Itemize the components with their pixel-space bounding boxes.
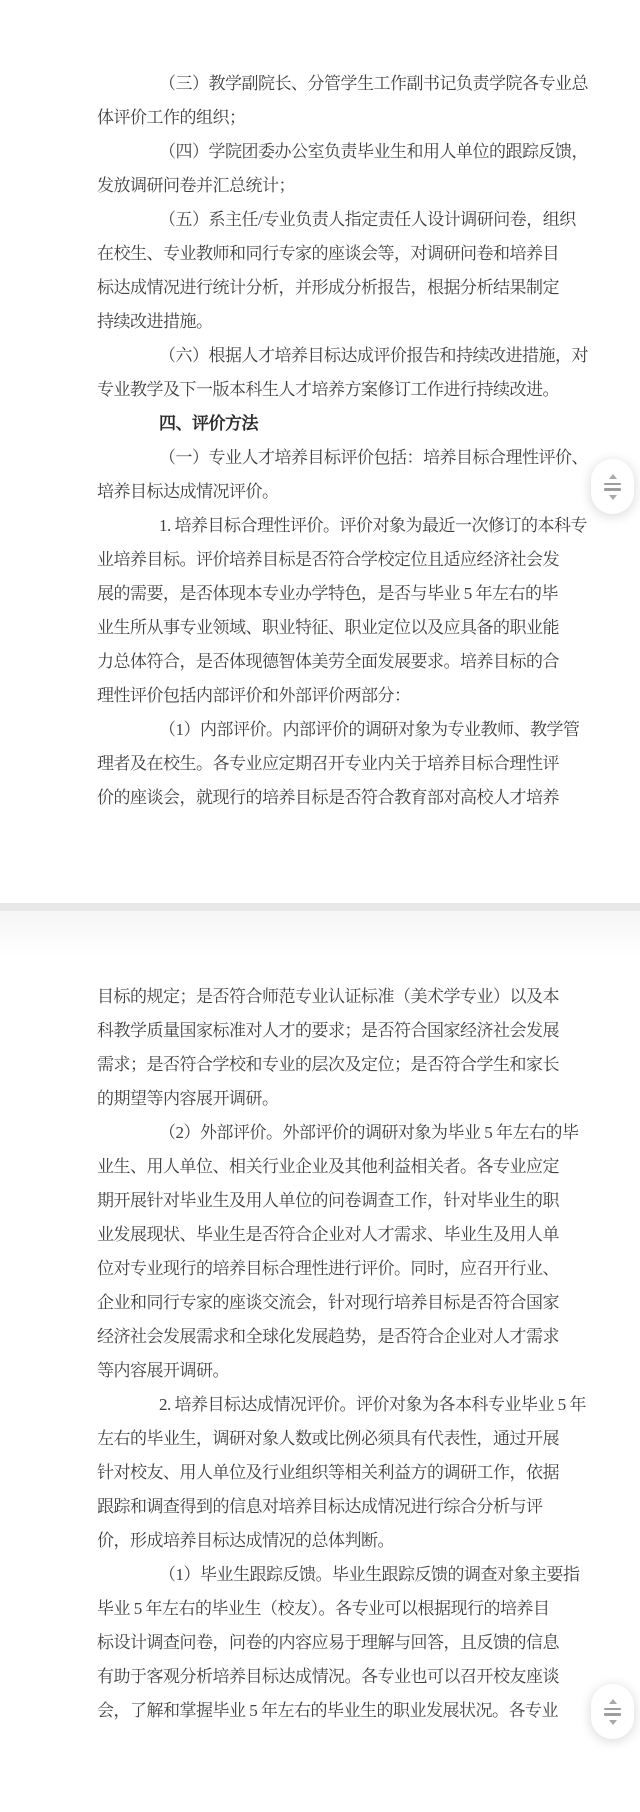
text-line: 展的需要，是否体现本专业办学特色，是否与毕业 5 年左右的毕 (97, 577, 562, 611)
text-line: 会，了解和掌握毕业 5 年左右的毕业生的职业发展状况。各专业 (97, 1694, 562, 1728)
text-line: 理性评价包括内部评价和外部评价两部分： (97, 679, 562, 713)
text-line: 1. 培养目标合理性评价。评价对象为最近一次修订的本科专 (97, 509, 562, 543)
text-line: （五）系主任/专业负责人指定责任人设计调研问卷，组织 (97, 203, 562, 237)
text-line: 经济社会发展需求和全球化发展趋势，是否符合企业对人才需求 (97, 1320, 562, 1354)
text-line: 毕业 5 年左右的毕业生（校友）。各专业可以根据现行的培养目 (97, 1592, 562, 1626)
text-line: 有助于客观分析培养目标达成情况。各专业也可以召开校友座谈 (97, 1660, 562, 1694)
text-line: 理者及在校生。各专业应定期召开专业内关于培养目标合理性评 (97, 747, 562, 781)
page-top-shadow (0, 911, 640, 957)
text-line: 业生、用人单位、相关行业企业及其他利益相关者。各专业应定 (97, 1150, 562, 1184)
triangle-down-icon (609, 1720, 617, 1725)
scroll-drag-handle[interactable] (591, 459, 634, 514)
text-line: 目标的规定；是否符合师范专业认证标准（美术学专业）以及本 (97, 980, 562, 1014)
triangle-up-icon (609, 1699, 617, 1704)
text-line: 力总体符合，是否体现德智体美劳全面发展要求。培养目标的合 (97, 645, 562, 679)
text-line: 左右的毕业生，调研对象人数或比例必须具有代表性，通过开展 (97, 1422, 562, 1456)
text-line: 企业和同行专家的座谈交流会，针对现行培养目标是否符合国家 (97, 1286, 562, 1320)
document-page-2: 目标的规定；是否符合师范专业认证标准（美术学专业）以及本科教学质量国家标准对人才… (0, 911, 640, 1812)
text-line: 2. 培养目标达成情况评价。评价对象为各本科专业毕业 5 年 (97, 1388, 562, 1422)
text-line: 等内容展开调研。 (97, 1354, 562, 1388)
text-line: 跟踪和调查得到的信息对培养目标达成情况进行综合分析与评 (97, 1490, 562, 1524)
text-line: 位对专业现行的培养目标合理性进行评价。同时，应召开行业、 (97, 1252, 562, 1286)
page-2-text: 目标的规定；是否符合师范专业认证标准（美术学专业）以及本科教学质量国家标准对人才… (97, 980, 562, 1728)
text-line: 业生所从事专业领域、职业特征、职业定位以及应具备的职业能 (97, 611, 562, 645)
text-line: 价的座谈会，就现行的培养目标是否符合教育部对高校人才培养 (97, 781, 562, 815)
document-viewer: （三）教学副院长、分管学生工作副书记负责学院各专业总体评价工作的组织；（四）学院… (0, 0, 640, 1812)
document-page-1: （三）教学副院长、分管学生工作副书记负责学院各专业总体评价工作的组织；（四）学院… (0, 0, 640, 903)
drag-lines-icon (604, 483, 621, 491)
text-line: 的期望等内容展开调研。 (97, 1082, 562, 1116)
triangle-up-icon (609, 474, 617, 479)
text-line: （三）教学副院长、分管学生工作副书记负责学院各专业总 (97, 67, 562, 101)
text-line: （一）专业人才培养目标评价包括：培养目标合理性评价、 (97, 441, 562, 475)
text-line: 发放调研问卷并汇总统计； (97, 169, 562, 203)
text-line: 培养目标达成情况评价。 (97, 475, 562, 509)
text-line: 期开展针对毕业生及用人单位的问卷调查工作，针对毕业生的职 (97, 1184, 562, 1218)
text-line: 科教学质量国家标准对人才的要求；是否符合国家经济社会发展 (97, 1014, 562, 1048)
text-line: 标达成情况进行统计分析，并形成分析报告，根据分析结果制定 (97, 271, 562, 305)
text-line: 体评价工作的组织； (97, 101, 562, 135)
section-heading: 四、评价方法 (97, 407, 562, 441)
text-line: （1）内部评价。内部评价的调研对象为专业教师、教学管 (97, 713, 562, 747)
page-1-text: （三）教学副院长、分管学生工作副书记负责学院各专业总体评价工作的组织；（四）学院… (97, 67, 562, 815)
text-line: 价，形成培养目标达成情况的总体判断。 (97, 1524, 562, 1558)
text-line: 标设计调查问卷，问卷的内容应易于理解与回答，且反馈的信息 (97, 1626, 562, 1660)
scroll-drag-handle[interactable] (591, 1684, 634, 1739)
text-line: 持续改进措施。 (97, 305, 562, 339)
text-line: （四）学院团委办公室负责毕业生和用人单位的跟踪反馈， (97, 135, 562, 169)
drag-lines-icon (604, 1708, 621, 1716)
triangle-down-icon (609, 495, 617, 500)
text-line: （六）根据人才培养目标达成评价报告和持续改进措施，对 (97, 339, 562, 373)
text-line: 需求；是否符合学校和专业的层次及定位；是否符合学生和家长 (97, 1048, 562, 1082)
text-line: 在校生、专业教师和同行专家的座谈会等，对调研问卷和培养目 (97, 237, 562, 271)
text-line: 专业教学及下一版本科生人才培养方案修订工作进行持续改进。 (97, 373, 562, 407)
page-divider (0, 903, 640, 911)
text-line: 针对校友、用人单位及行业组织等相关利益方的调研工作，依据 (97, 1456, 562, 1490)
text-line: 业培养目标。评价培养目标是否符合学校定位且适应经济社会发 (97, 543, 562, 577)
text-line: （2）外部评价。外部评价的调研对象为毕业 5 年左右的毕 (97, 1116, 562, 1150)
text-line: 业发展现状、毕业生是否符合企业对人才需求、毕业生及用人单 (97, 1218, 562, 1252)
text-line: （1）毕业生跟踪反馈。毕业生跟踪反馈的调查对象主要指 (97, 1558, 562, 1592)
